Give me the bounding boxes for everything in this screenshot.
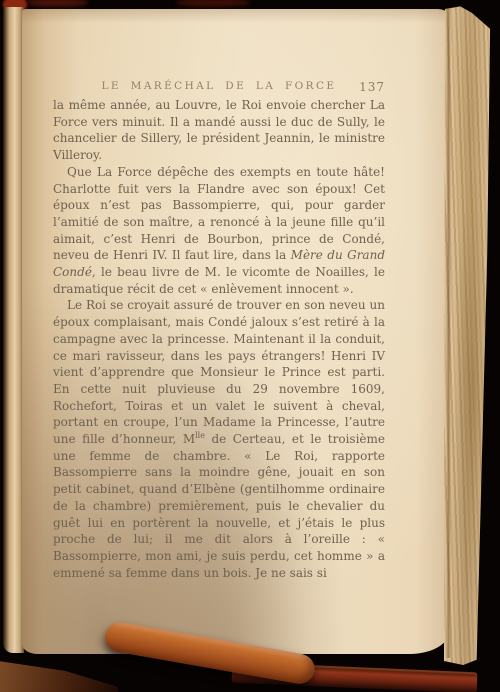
page-text: la même année, au Louvre, le Roi envoie … [53,97,385,581]
table-surface [0,648,118,692]
gutter-page-edge [3,7,24,653]
fore-edge-pages [444,5,492,665]
paragraph-3: Le Roi se croyait assuré de trouver en s… [53,297,385,581]
paragraph-1-text: la même année, au Louvre, le Roi envoie … [53,98,385,162]
running-header-title: LE MARÉCHAL DE LA FORCE [102,80,337,92]
paragraph-3-superscript: lle [195,431,205,440]
book-photograph: LE MARÉCHAL DE LA FORCE 137 la même anné… [0,0,500,692]
running-header: LE MARÉCHAL DE LA FORCE 137 [53,80,385,96]
paragraph-2: Que La Force dépêche des exempts en tout… [53,164,385,298]
binding-top-fragment [176,0,250,7]
binding-shadow-fragment [26,0,88,7]
paragraph-2-text-b: , le beau livre de M. le vicomte de Noai… [53,265,385,296]
fore-edge-crease [446,8,451,658]
paragraph-1: la même année, au Louvre, le Roi envoie … [53,97,385,164]
page-number: 137 [359,80,385,94]
book-page: LE MARÉCHAL DE LA FORCE 137 la même anné… [22,9,450,654]
paragraph-3-text-b: de Certeau, et le troisième une femme de… [53,432,385,580]
paragraph-3-text-a: Le Roi se croyait assuré de trouver en s… [53,298,385,446]
